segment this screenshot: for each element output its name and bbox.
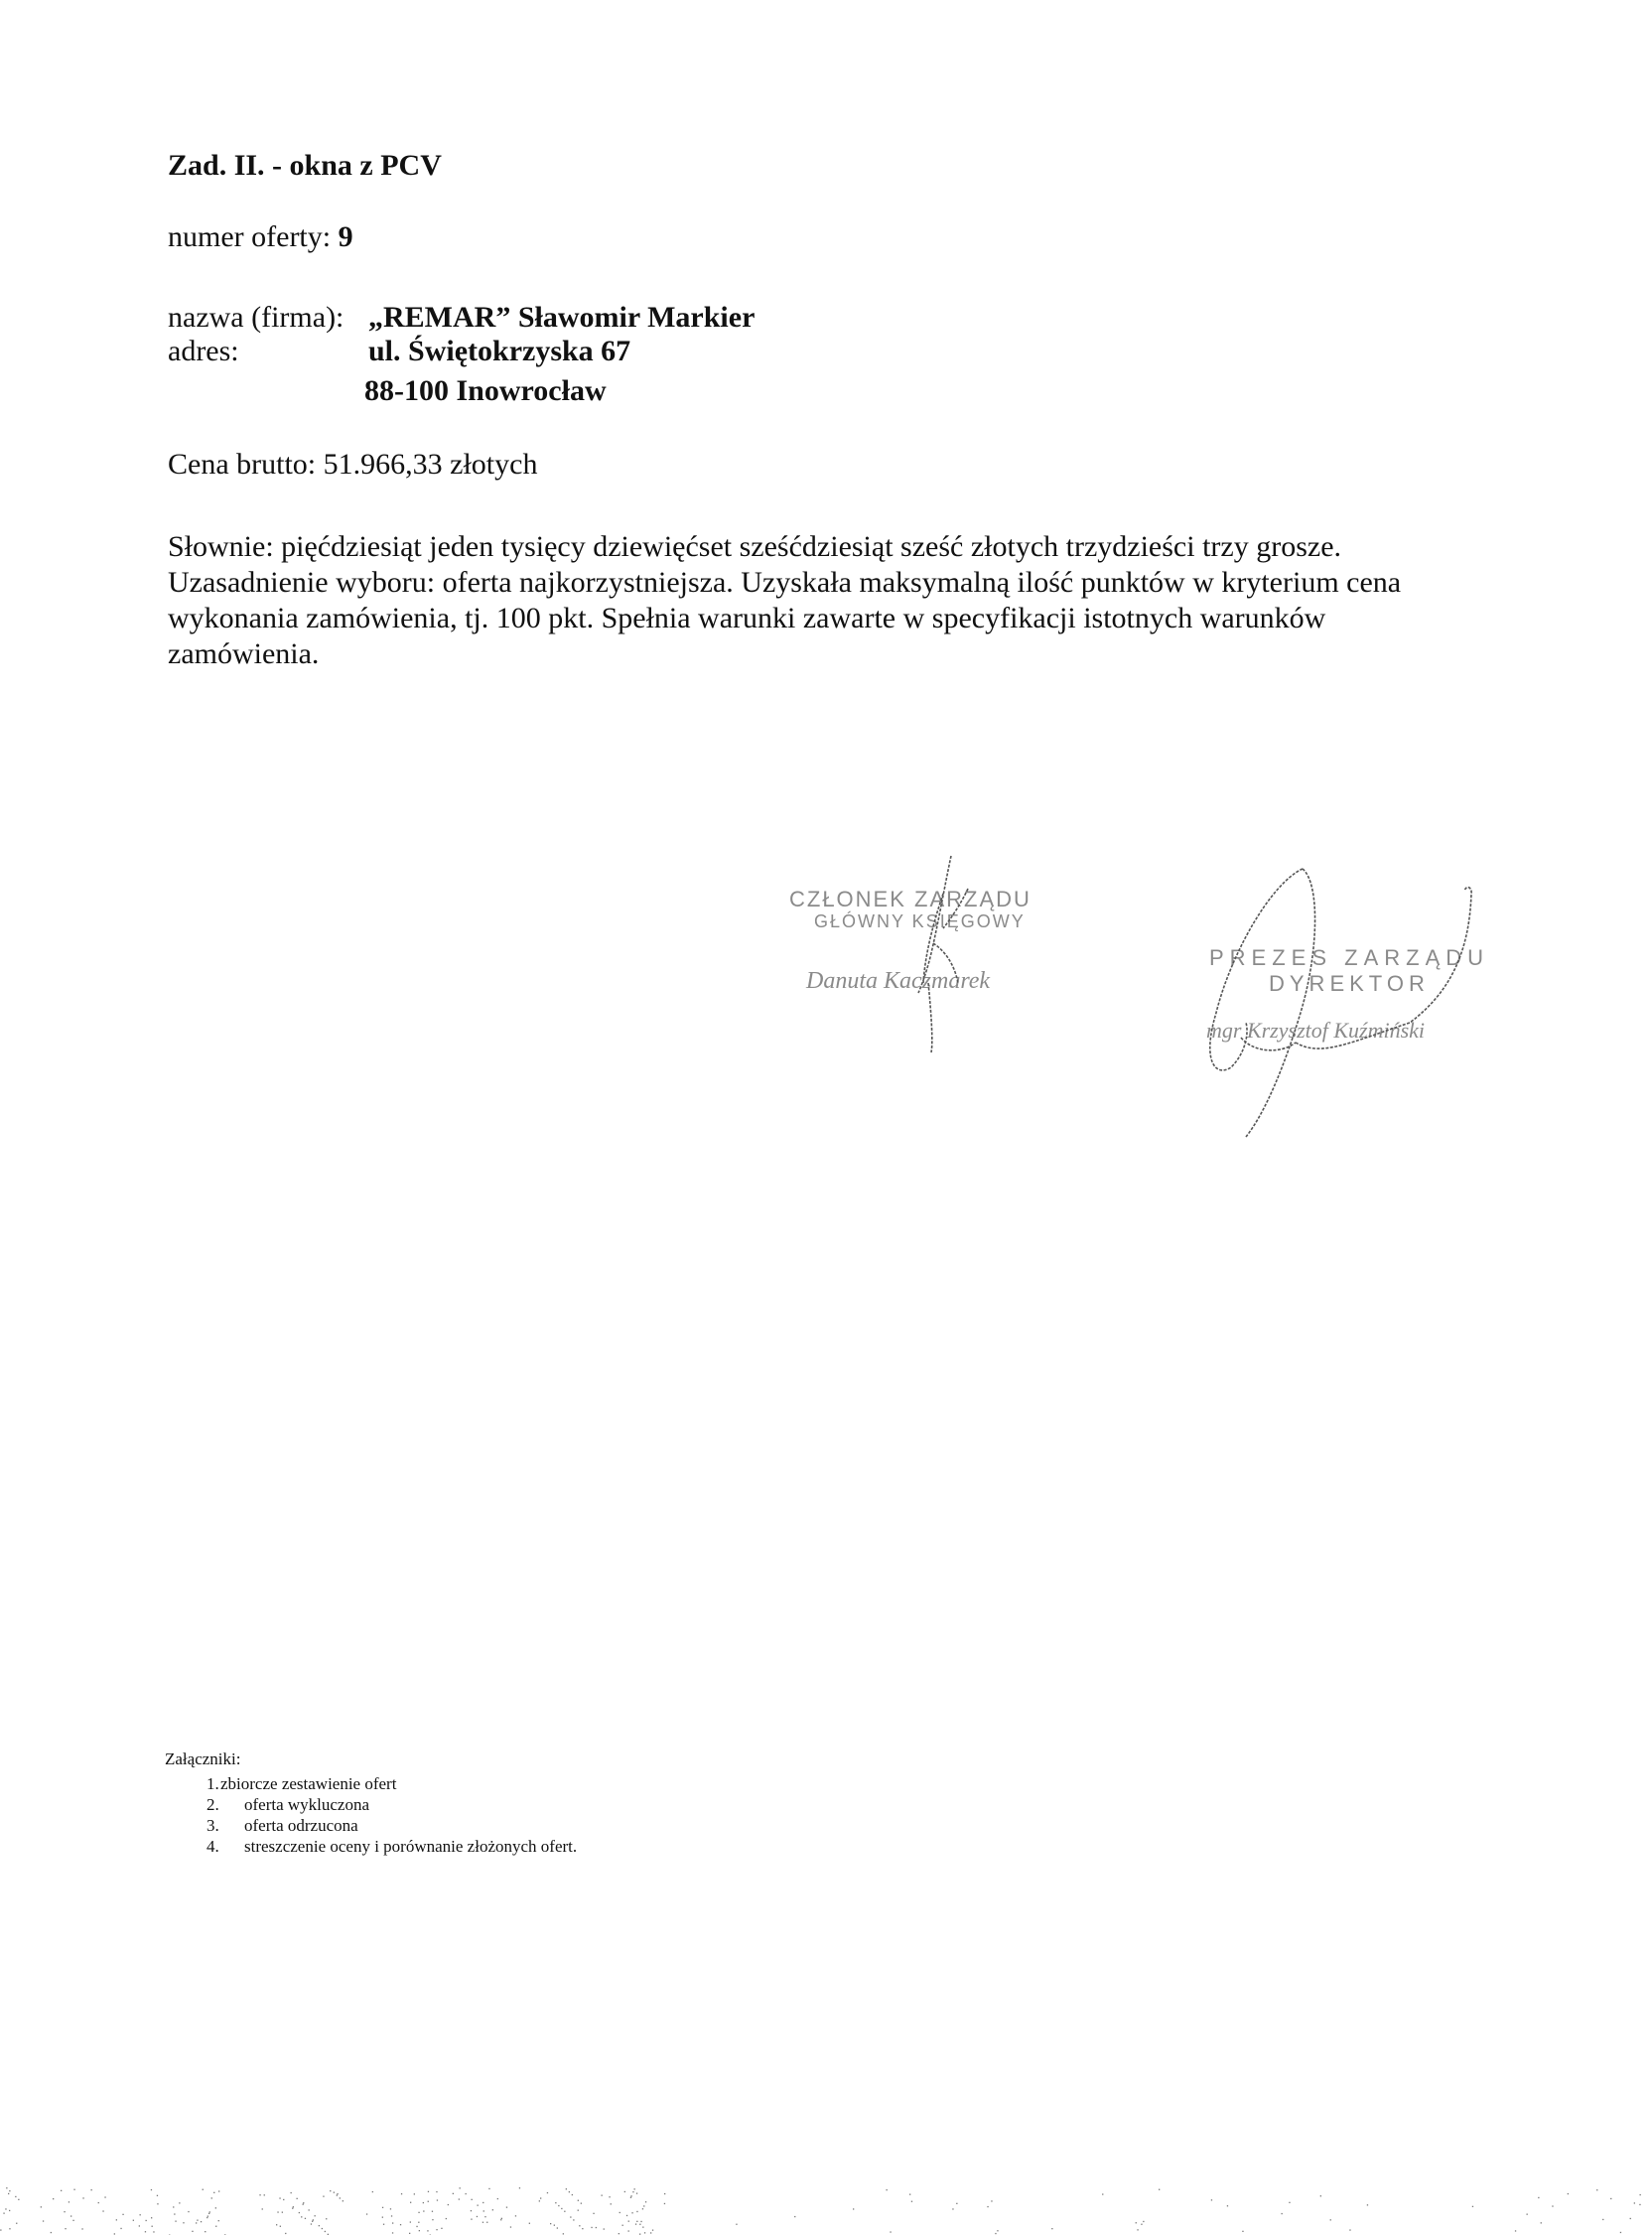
offer-number-label: numer oferty: — [168, 220, 339, 253]
company-name: „REMAR” Sławomir Markier — [368, 301, 755, 335]
offer-number-value: 9 — [339, 220, 353, 253]
task-heading: Zad. II. - okna z PCV — [168, 149, 442, 183]
offer-number: numer oferty: 9 — [168, 220, 353, 254]
address-label: adres: — [168, 335, 239, 368]
company-label: nazwa (firma): — [168, 301, 344, 335]
scanned-document-page: Zad. II. - okna z PCV numer oferty: 9 na… — [0, 0, 1652, 2235]
stamp-1-subtitle: GŁÓWNY KSIĘGOWY — [814, 911, 1026, 932]
attachment-item: 2.oferta wykluczona — [206, 1794, 577, 1815]
stamp-2-title: PREZES ZARZĄDU — [1209, 945, 1489, 971]
gross-price-label: Cena brutto: — [168, 448, 324, 481]
stamp-2-name: mgr Krzysztof Kuźmiński — [1206, 1018, 1425, 1044]
address-city: 88-100 Inowrocław — [364, 374, 607, 408]
address-street: ul. Świętokrzyska 67 — [368, 335, 630, 368]
attachment-item: 1.zbiorcze zestawienie ofert — [206, 1773, 577, 1794]
handwritten-signatures — [0, 0, 1652, 2235]
scan-noise — [0, 2179, 1652, 2235]
attachment-item: 4.streszczenie oceny i porównanie złożon… — [206, 1836, 577, 1857]
gross-price-value: 51.966,33 złotych — [324, 448, 538, 481]
signature-2-icon — [1210, 869, 1471, 1137]
attachment-item: 3.oferta odrzucona — [206, 1815, 577, 1836]
signature-1-icon — [918, 856, 968, 1052]
stamp-1-name: Danuta Kaczmarek — [806, 968, 990, 995]
price-in-words: Słownie: pięćdziesiąt jeden tysięcy dzie… — [168, 529, 1429, 565]
gross-price: Cena brutto: 51.966,33 złotych — [168, 448, 537, 482]
attachments-title: Załączniki: — [165, 1749, 240, 1769]
stamp-2-subtitle: DYREKTOR — [1269, 971, 1430, 997]
selection-justification: Uzasadnienie wyboru: oferta najkorzystni… — [168, 565, 1429, 672]
stamp-1-title: CZŁONEK ZARZĄDU — [789, 887, 1032, 912]
attachments-list: 1.zbiorcze zestawienie ofert 2.oferta wy… — [206, 1773, 577, 1857]
description-block: Słownie: pięćdziesiąt jeden tysięcy dzie… — [168, 529, 1429, 672]
